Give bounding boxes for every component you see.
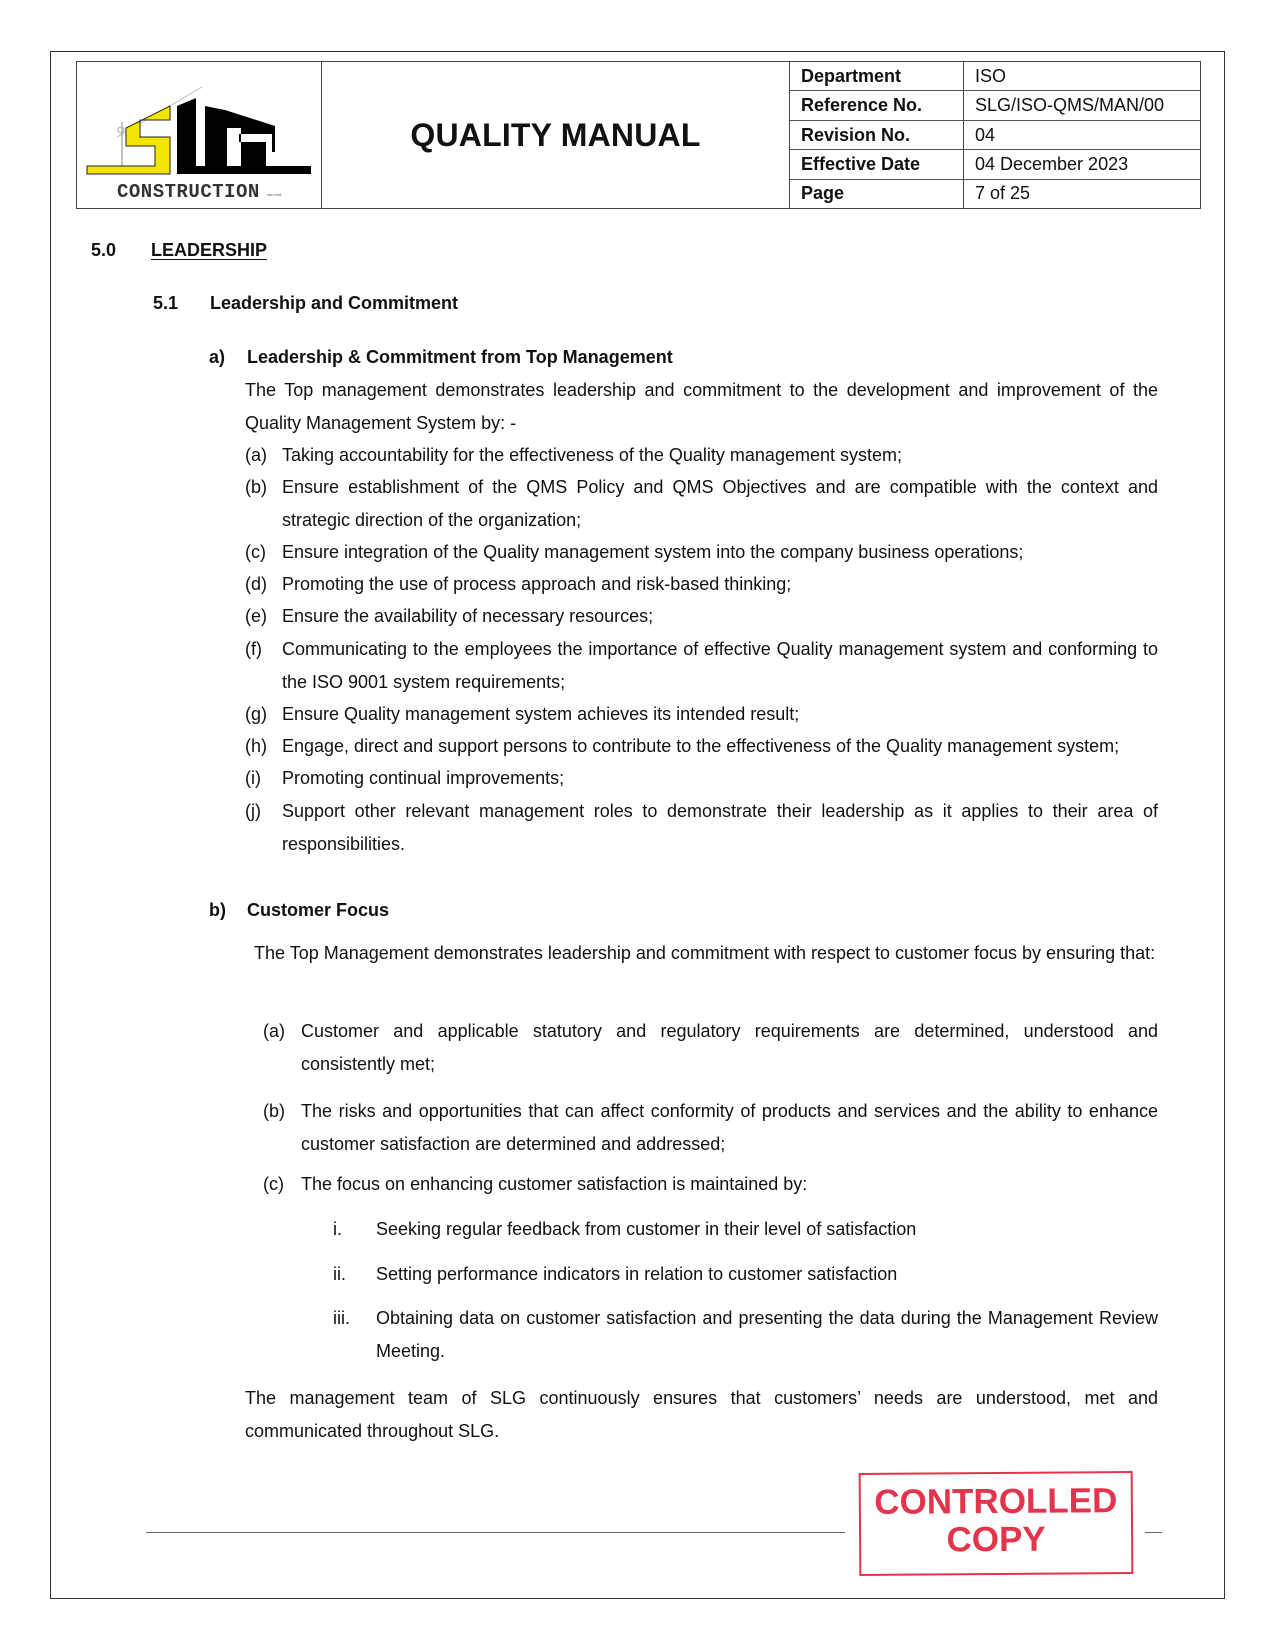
meta-value: 04 [964,121,1200,149]
list-item-text: Ensure the availability of necessary res… [282,600,1158,633]
list-item-text: Ensure Quality management system achieve… [282,698,1158,731]
list-item-label: (a) [263,1021,285,1041]
section-number: 5.0 [91,240,116,260]
part-a-intro: The Top management demonstrates leadersh… [245,374,1158,439]
list-item-label: (d) [245,574,267,594]
part-b-intro: The Top Management demonstrates leadersh… [254,937,1158,970]
list-item-text: Promoting the use of process approach an… [282,568,1158,601]
list-item-text: Engage, direct and support persons to co… [282,730,1158,763]
meta-key: Revision No. [790,121,964,149]
company-logo: CONSTRUCTION sdn bhd [77,62,322,208]
meta-key: Reference No. [790,91,964,119]
list-item-label: (g) [245,704,267,724]
part-a-label: a) [209,347,225,367]
meta-value: SLG/ISO-QMS/MAN/00 [964,91,1200,119]
list-item-label: (e) [245,606,267,626]
stamp-line-2: COPY [861,1520,1131,1560]
list-item-text: Support other relevant management roles … [282,795,1158,860]
part-a-heading: Leadership & Commitment from Top Managem… [247,347,673,367]
list-item-text: The focus on enhancing customer satisfac… [301,1168,1158,1201]
list-item-label: ii. [333,1264,346,1284]
list-item-text: Communicating to the employees the impor… [282,633,1158,698]
list-item-text: Obtaining data on customer satisfaction … [376,1302,1158,1367]
meta-key: Page [790,180,964,208]
part-b-label: b) [209,900,226,920]
document-meta-table: Department ISO Reference No. SLG/ISO-QMS… [790,62,1200,208]
list-item-label: i. [333,1219,342,1239]
list-item-label: (i) [245,768,261,788]
meta-value: 04 December 2023 [964,150,1200,178]
list-item-label: (j) [245,801,261,821]
controlled-copy-stamp: CONTROLLED COPY [859,1471,1134,1576]
part-b-closing: The management team of SLG continuously … [245,1382,1158,1447]
document-title: QUALITY MANUAL [322,62,790,208]
stamp-line-1: CONTROLLED [861,1482,1131,1522]
footer-rule [146,1532,845,1533]
meta-value: ISO [964,62,1200,90]
list-item-text: The risks and opportunities that can aff… [301,1095,1158,1160]
meta-row-revision: Revision No. 04 [790,121,1200,150]
list-item-label: (b) [263,1101,285,1121]
list-item-label: (f) [245,639,262,659]
list-item-text: Customer and applicable statutory and re… [301,1015,1158,1080]
list-item-label: (c) [245,542,266,562]
part-b-heading: Customer Focus [247,900,389,920]
footer-rule-end [1145,1532,1162,1533]
list-item-label: (a) [245,445,267,465]
list-item-text: Seeking regular feedback from customer i… [376,1213,1158,1246]
slg-logo-icon: CONSTRUCTION sdn bhd [77,62,321,208]
list-item-text: Promoting continual improvements; [282,762,1158,795]
subsection-number: 5.1 [153,293,178,313]
list-item-text: Ensure establishment of the QMS Policy a… [282,471,1158,536]
meta-row-department: Department ISO [790,62,1200,91]
svg-text:CONSTRUCTION: CONSTRUCTION [117,181,260,203]
list-item-label: (b) [245,477,267,497]
meta-row-reference: Reference No. SLG/ISO-QMS/MAN/00 [790,91,1200,120]
svg-text:sdn bhd: sdn bhd [267,192,281,197]
list-item-label: (h) [245,736,267,756]
meta-row-effective-date: Effective Date 04 December 2023 [790,150,1200,179]
meta-value: 7 of 25 [964,180,1200,208]
subsection-title: Leadership and Commitment [210,293,458,313]
list-item-label: iii. [333,1308,350,1328]
meta-key: Effective Date [790,150,964,178]
list-item-label: (c) [263,1174,284,1194]
meta-row-page: Page 7 of 25 [790,180,1200,208]
list-item-text: Taking accountability for the effectiven… [282,439,1158,472]
list-item-text: Setting performance indicators in relati… [376,1258,1158,1291]
section-title: LEADERSHIP [151,240,267,260]
document-header: CONSTRUCTION sdn bhd QUALITY MANUAL Depa… [76,61,1201,209]
meta-key: Department [790,62,964,90]
list-item-text: Ensure integration of the Quality manage… [282,536,1158,569]
